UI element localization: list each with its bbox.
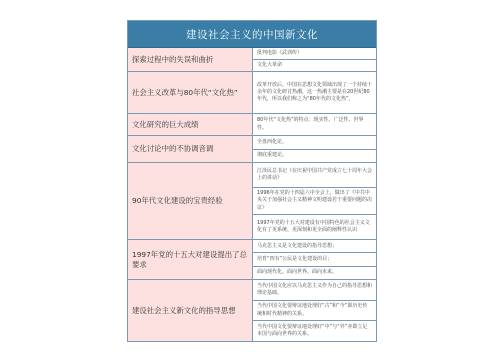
table-row: 90年代文化建设的宝贵经验江泽民总书记《在庆祝中国共产党成立七十周年大会上的讲话… [128, 163, 376, 240]
detail-item[interactable]: 江泽民总书记《在庆祝中国共产党成立七十周年大会上的讲话》 [253, 163, 376, 188]
topic-label[interactable]: 1997年党的十五大对建设提出了总要求 [128, 240, 253, 279]
topic-label[interactable]: 90年代文化建设的宝贵经验 [128, 163, 253, 239]
mindmap-table: 建设社会主义的中国新文化 探索过程中的失误和曲折批判电影《武训传》文化大革命社会… [127, 20, 377, 342]
table-row: 探索过程中的失误和曲折批判电影《武训传》文化大革命 [128, 48, 376, 72]
detail-item[interactable]: 1997年党的十五大对建设有中国特色的社会主义文化有了更系统、更深刻和更全面的阐… [253, 215, 376, 239]
table-title: 建设社会主义的中国新文化 [128, 21, 376, 48]
topic-details: 全盘西化论。彻底重建论。 [253, 136, 376, 162]
topic-details: 80年代“文化热”的特点：现实性、广泛性、世界性。 [253, 114, 376, 135]
detail-item[interactable]: 当代中国文化要辩证地处理好“中”与“外”亦即立足本国与面向世界的关系。 [253, 321, 376, 341]
table-row: 社会主义改革与80年代“文化热”改革开放后，中国在思想文化领域出现了一个持续十余… [128, 72, 376, 114]
table-row: 建设社会主义新文化的指导思想当代中国文化应以马克思主义作为自己的指导思想和理论基… [128, 280, 376, 341]
table-row: 文化讨论中的不协调音调全盘西化论。彻底重建论。 [128, 136, 376, 163]
topic-details: 江泽民总书记《在庆祝中国共产党成立七十周年大会上的讲话》1996年在党的十四届六… [253, 163, 376, 239]
detail-item[interactable]: 80年代“文化热”的特点：现实性、广泛性、世界性。 [253, 114, 376, 135]
detail-item[interactable]: 培育“四有”公民是文化建设的目； [253, 253, 376, 266]
detail-item[interactable]: 文化大革命 [253, 60, 376, 71]
detail-item[interactable]: 当代中国文化要辩证地处理好“古”和“今”即历史传统和时代精神的关系。 [253, 301, 376, 322]
topic-details: 当代中国文化应以马克思主义作为自己的指导思想和理论基础。当代中国文化要辩证地处理… [253, 280, 376, 341]
table-row: 文化研究的巨大成绩80年代“文化热”的特点：现实性、广泛性、世界性。 [128, 114, 376, 136]
detail-item[interactable]: 马克思主义是文化建设的指导思想； [253, 240, 376, 253]
detail-item[interactable]: 全盘西化论。 [253, 136, 376, 150]
detail-item[interactable]: 改革开放后，中国在思想文化领域出现了一个持续十余年的文化研讨热潮，这一热潮主要是… [253, 72, 376, 113]
topic-label[interactable]: 文化讨论中的不协调音调 [128, 136, 253, 162]
topic-label[interactable]: 社会主义改革与80年代“文化热” [128, 72, 253, 113]
detail-item[interactable]: 批判电影《武训传》 [253, 48, 376, 60]
topic-details: 批判电影《武训传》文化大革命 [253, 48, 376, 71]
topic-label[interactable]: 探索过程中的失误和曲折 [128, 48, 253, 71]
topic-details: 马克思主义是文化建设的指导思想；培育“四有”公民是文化建设的目；面向现代化、面向… [253, 240, 376, 279]
topic-label[interactable]: 文化研究的巨大成绩 [128, 114, 253, 135]
topic-details: 改革开放后，中国在思想文化领域出现了一个持续十余年的文化研讨热潮，这一热潮主要是… [253, 72, 376, 113]
detail-item[interactable]: 1996年在党的十四届六中全会上，做出了《中共中央关于加强社会主义精神文明建设若… [253, 188, 376, 215]
detail-item[interactable]: 彻底重建论。 [253, 150, 376, 163]
table-row: 1997年党的十五大对建设提出了总要求马克思主义是文化建设的指导思想；培育“四有… [128, 240, 376, 280]
detail-item[interactable]: 面向现代化、面向世界、面向未来。 [253, 267, 376, 279]
topic-label[interactable]: 建设社会主义新文化的指导思想 [128, 280, 253, 341]
detail-item[interactable]: 当代中国文化应以马克思主义作为自己的指导思想和理论基础。 [253, 280, 376, 301]
